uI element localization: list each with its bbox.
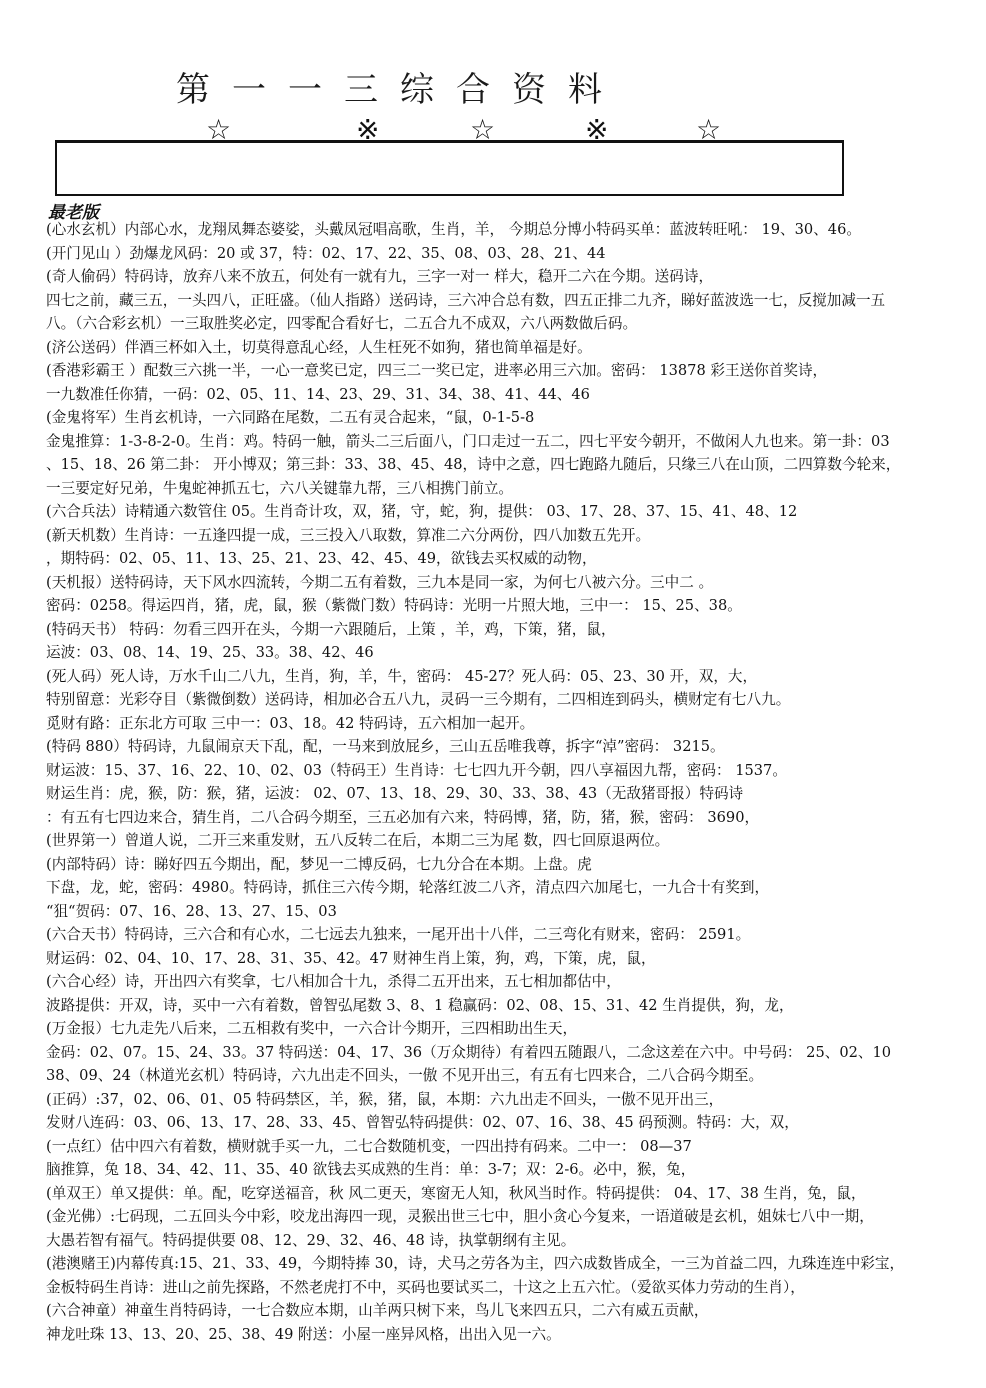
text-line: (济公送码）伴酒三杯如入土，切莫得意乱心经，人生枉死不如狗，猪也简单福是好。 — [46, 336, 986, 360]
text-line: (特码 880）特码诗，九鼠闹京天下乱，配，一马来到放屁乡，三山五岳唯我尊，拆字… — [46, 735, 986, 759]
document-body: (心水玄机）内部心水，龙翔凤舞态婆娑，头戴凤冠唱高歌，生肖，羊， 今期总分博小特… — [46, 218, 986, 1346]
text-line: (死人码）死人诗，万水千山二八九，生肖，狗，羊，牛，密码： 45-27？死人码：… — [46, 665, 986, 689]
text-line: (香港彩霸王 ）配数三六挑一半，一心一意奖已定，四三二一奖已定，进率必用三六加。… — [46, 359, 986, 383]
text-line: 金板特码生肖诗：进山之前先探路，不然老虎打不中，买码也要试买二，十这之上五六忙。… — [46, 1276, 986, 1300]
text-line: 四七之前，藏三五，一头四八，正旺盛。（仙人指路）送码诗，三六冲合总有数，四五正排… — [46, 289, 986, 313]
text-line: (心水玄机）内部心水，龙翔凤舞态婆娑，头戴凤冠唱高歌，生肖，羊， 今期总分博小特… — [46, 218, 986, 242]
blank-banner-box — [55, 140, 844, 196]
text-line: 大愚若智有福气。特码提供要 08、12、29、32、46、48 诗，执掌朝纲有主… — [46, 1229, 986, 1253]
text-line: 金鬼推算：1-3-8-2-0。生肖：鸡。特码一触，箭头二三后面八，门口走过一五二… — [46, 430, 986, 454]
text-line: 密码：0258。得运四肖，猪，虎，鼠，猴（紫微门数）特码诗：光明一片照大地，三中… — [46, 594, 986, 618]
text-line: (奇人偷码）特码诗，放弃八来不放五，何处有一就有九，三字一对一 样大，稳开二六在… — [46, 265, 986, 289]
text-line: (六合神童）神童生肖特码诗，一七合数应本期，山羊两只树下来，鸟儿飞来四五只，二六… — [46, 1299, 986, 1323]
page-title: 第一一三综合资料 — [176, 62, 624, 111]
text-line: (万金报）七九走先八后来，二五相救有奖中，一六合计今期开，三四相助出生天， — [46, 1017, 986, 1041]
text-line: (一点红）估中四六有着数，横财就手买一九，二七合数随机变，一四出持有码来。二中一… — [46, 1135, 986, 1159]
text-line: 、15、18、26 第二卦： 开小博双；第三卦：33、38、45、48，诗中之意… — [46, 453, 986, 477]
text-line: 发财八连码：03、06、13、17、28、33、45、曾智弘特码提供：02、07… — [46, 1111, 986, 1135]
text-line: 下盘，龙，蛇，密码：4980。特码诗，抓住三六传今期，轮落红波二八齐，清点四六加… — [46, 876, 986, 900]
text-line: (新天机数）生肖诗：一五逢四提一成，三三投入八取数，算准二六分两份，四八加数五先… — [46, 524, 986, 548]
text-line: ，期特码：02、05、11、13、25、21、23、42、45、49，欲钱去买权… — [46, 547, 986, 571]
text-line: (六合天书）特码诗，三六合和有心水，二七远去九独来，一尾开出十八伴，二三弯化有财… — [46, 923, 986, 947]
text-line: 财运波：15、37、16、22、10、02、03（特码王）生肖诗：七七四九开今朝… — [46, 759, 986, 783]
text-line: (世界第一）曾道人说，二开三来重发财，五八反转二在后，本期二三为尾 数，四七回原… — [46, 829, 986, 853]
text-line: (六合心经）诗，开出四六有奖拿，七八相加合十九，杀得二五开出来，五七相加都估中， — [46, 970, 986, 994]
text-line: 八。（六合彩玄机）一三取胜奖必定，四零配合看好七，二五合九不成双，六八两数做后码… — [46, 312, 986, 336]
text-line: 一三要定好兄弟，牛鬼蛇神抓五七，六八关键靠九帮，三八相携门前立。 — [46, 477, 986, 501]
text-line: 运波：03、08、14、19、25、33。38、42、46 — [46, 641, 986, 665]
text-line: (单双王）单又提供：单。配，吃穿送福音，秋 风二更天，寒窗无人知，秋风当时作。特… — [46, 1182, 986, 1206]
text-line: 财运码：02、04、10、17、28、31、35、42。47 财神生肖上策，狗，… — [46, 947, 986, 971]
text-line: (天机报）送特码诗，天下风水四流转，今期二五有着数，三九本是同一家，为何七八被六… — [46, 571, 986, 595]
text-line: (金鬼将军）生肖玄机诗，一六同路在尾数，二五有灵合起来，“鼠，0-1-5-8 — [46, 406, 986, 430]
text-line: 金码：02、07。15、24、33。37 特码送：04、17、36（万众期待）有… — [46, 1041, 986, 1065]
text-line: 神龙吐珠 13、13、20、25、38、49 附送：小屋一座异风格，出出入见一六… — [46, 1323, 986, 1347]
text-line: 财运生肖：虎，猴，防：猴，猪，运波： 02、07、13、18、29、30、33、… — [46, 782, 986, 806]
text-line: 特别留意：光彩夺目（紫微倒数）送码诗，相加必合五八九，灵码一三今期有，二四相连到… — [46, 688, 986, 712]
text-line: (开门见山 ）劲爆龙风码：20 或 37，特：02、17、22、35、08、03… — [46, 242, 986, 266]
text-line: 38、09、24（林道光玄机）特码诗，六九出走不回头，一傲 不见开出三，有五有七… — [46, 1064, 986, 1088]
text-line: (港澳赌王)内幕传真:15、21、33、49，今期特捧 30，诗，犬马之劳各为主… — [46, 1252, 986, 1276]
text-line: (金光佛）:七码现，二五回头今中彩，咬龙出海四一现，灵猴出世三七中，胆小贪心今复… — [46, 1205, 986, 1229]
text-line: (内部特码）诗：睇好四五今期出，配，梦见一二博反码，七九分合在本期。上盘。虎 — [46, 853, 986, 877]
text-line: 觅财有路：正东北方可取 三中一：03、18。42 特码诗，五六相加一起开。 — [46, 712, 986, 736]
text-line: 脑推算，兔 18、34、42、11、35、40 欲钱去买成熟的生肖：单：3-7；… — [46, 1158, 986, 1182]
text-line: (正码）:37，02、06、01、05 特码禁区，羊，猴，猪，鼠，本期：六九出走… — [46, 1088, 986, 1112]
text-line: 波路提供：开双，诗，买中一六有着数，曾智弘尾数 3、8、1 稳赢码：02、08、… — [46, 994, 986, 1018]
text-line: (六合兵法）诗精通六数管住 05。生肖奇计攻，双，猪，守，蛇，狗，提供： 03、… — [46, 500, 986, 524]
text-line: (特码天书） 特码：勿看三四开在头，今期一六跟随后，上策 ，羊，鸡，下策，猪，鼠… — [46, 618, 986, 642]
text-line: 一九数准任你猜，一码：02、05、11、14、23、29、31、34、38、41… — [46, 383, 986, 407]
text-line: ：有五有七四边来合，猜生肖，二八合码今期至，三五必加有六来，特码博，猪，防，猪，… — [46, 806, 986, 830]
text-line: “狙“贺码：07、16、28、13、27、15、03 — [46, 900, 986, 924]
